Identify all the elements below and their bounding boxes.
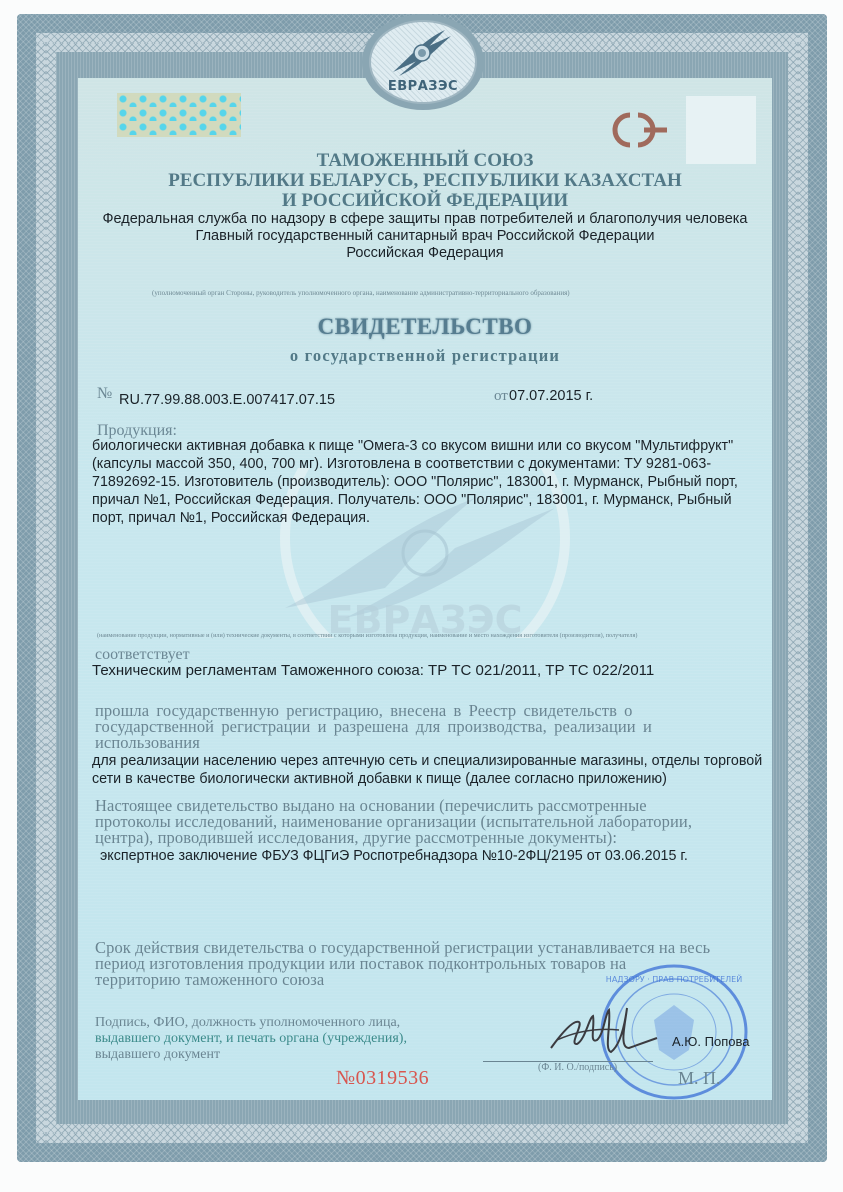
signer-name: А.Ю. Попова [672, 1034, 749, 1049]
certificate-subtitle: о государственной регистрации [78, 346, 772, 366]
agency-line-1: Федеральная служба по надзору в сфере за… [78, 211, 772, 228]
emblem-label: ЕВРАЗЭС [371, 79, 475, 94]
signature-label-line: выдавшего документ, и печать органа (учр… [95, 1031, 462, 1047]
registration-statement: прошла государственную регистрацию, внес… [95, 703, 761, 751]
product-line: 71892692-15. Изготовитель (производитель… [92, 473, 738, 491]
signature-line-caption: (Ф. И. О./подпись) [538, 1062, 617, 1073]
signature-label-line: выдавшего документ [95, 1047, 462, 1063]
product-line: биологически активная добавка к пище "Ом… [92, 437, 738, 455]
expert-conclusion: экспертное заключение ФБУЗ ФЦГиЭ Роспотр… [100, 847, 688, 865]
seal-placeholder-label: М. П. [678, 1068, 721, 1089]
usage-line: сети в качестве биологически активной до… [92, 770, 762, 788]
product-line: (капсулы массой 350, 400, 700 мг). Изгот… [92, 455, 738, 473]
product-line: порт, причал №1, Российская Федерация. [92, 509, 738, 527]
basis-statement: Настоящее свидетельство выдано на основа… [95, 798, 761, 846]
hologram-security-strip [117, 93, 241, 137]
agency-line-2: Главный государственный санитарный врач … [78, 228, 772, 245]
union-line-1: ТАМОЖЕННЫЙ СОЮЗ [78, 151, 772, 171]
emblem-medallion: ЕВРАЗЭС [362, 14, 484, 110]
eurasec-logo-icon: ЕВРАЗЭС [369, 20, 477, 104]
handwritten-signature-icon [549, 1000, 659, 1060]
signature-label-line: Подпись, ФИО, должность уполномоченного … [95, 1015, 462, 1031]
compliance-text: Техническим регламентам Таможенного союз… [92, 662, 654, 680]
sanitary-epidemiological-mark-icon [600, 108, 674, 152]
agency-block: Федеральная служба по надзору в сфере за… [78, 211, 772, 262]
number-sign: № [97, 385, 112, 403]
basis-line: центра), проводившей исследования, други… [95, 830, 761, 846]
signature-label: Подпись, ФИО, должность уполномоченного … [95, 1015, 462, 1063]
product-line: причал №1, Российская Федерация. Получат… [92, 491, 738, 509]
union-line-3: И РОССИЙСКОЙ ФЕДЕРАЦИИ [78, 191, 772, 211]
registration-number: RU.77.99.88.003.E.007417.07.15 [119, 392, 335, 408]
registration-line: использования [95, 735, 761, 751]
certificate-title: СВИДЕТЕЛЬСТВО [78, 314, 772, 340]
union-line-2: РЕСПУБЛИКИ БЕЛАРУСЬ, РЕСПУБЛИКИ КАЗАХСТА… [78, 171, 772, 191]
union-header: ТАМОЖЕННЫЙ СОЮЗ РЕСПУБЛИКИ БЕЛАРУСЬ, РЕС… [78, 151, 772, 211]
usage-line: для реализации населению через аптечную … [92, 752, 762, 770]
form-serial-number: №0319536 [336, 1067, 429, 1090]
agency-line-3: Российская Федерация [78, 245, 772, 262]
product-caption: (наименование продукции, нормативные и (… [97, 632, 637, 639]
svg-text:НАДЗОРУ · ПРАВ ПОТРЕБИТЕЛЕЙ: НАДЗОРУ · ПРАВ ПОТРЕБИТЕЛЕЙ [606, 973, 742, 984]
usage-scope: для реализации населению через аптечную … [92, 752, 762, 788]
product-description: биологически активная добавка к пище "Ом… [92, 437, 738, 527]
date-label: от [494, 388, 508, 405]
registration-date: 07.07.2015 г. [509, 388, 593, 404]
authority-caption: (уполномоченный орган Стороны, руководит… [152, 289, 570, 297]
